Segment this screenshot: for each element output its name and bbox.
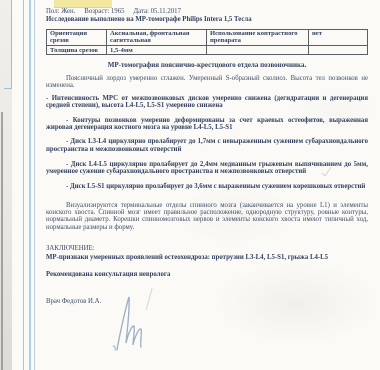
report-title: МР-томография пояснично-крестцового отде… xyxy=(46,62,368,69)
study-date: Дата: 05.11.2017 xyxy=(134,8,181,15)
patient-sex: Пол: Жен. xyxy=(46,8,75,15)
paragraph-vertebra-contours: - Контуры позвонков умеренно деформирова… xyxy=(46,117,368,132)
paragraph-disc-l5-s1: - Диск L5-S1 циркулярно пролабирует до 3… xyxy=(46,183,368,190)
scan-blue-streak-corner xyxy=(4,88,12,89)
param-name-cell: Использование контрастного препарата xyxy=(207,29,309,45)
paragraph-disc-l3-l4: - Диск L3-L4 циркулярно пролабирует до 1… xyxy=(46,138,368,153)
param-name-cell: Толщина срезов xyxy=(47,46,107,55)
scanned-mri-report-page: { "accents": { "highlight_yellow": "#f2e… xyxy=(0,0,380,370)
param-name-cell: Ориентация срезов xyxy=(47,29,107,45)
table-row: Толщина срезов 1,5-4мм xyxy=(47,46,368,55)
patient-meta-line: Пол: Жен.Возраст: 1965Дата: 05.11.2017 xyxy=(46,8,368,15)
recommendation-text: Рекомендована консультация невролога xyxy=(46,271,368,278)
paragraph-disc-l4-l5: - Диск L4-L5 циркулярно пролабирует до 2… xyxy=(46,161,368,176)
paragraph-lordosis: Поясничный лордоз умеренно сглажен. Умер… xyxy=(46,75,368,90)
scan-blue-streak xyxy=(11,0,12,89)
param-value-cell: 1,5-4мм xyxy=(107,46,207,55)
table-row: Ориентация срезов Аксиальная, фронтальна… xyxy=(47,29,368,45)
scan-blue-streak xyxy=(23,0,24,370)
scan-blue-streak xyxy=(29,0,31,370)
scan-left-edge-shadow xyxy=(1,112,3,370)
doctor-line: Врач Федотов И.А. xyxy=(46,298,368,305)
device-line: Исследование выполнено на МР-томографе P… xyxy=(46,16,368,23)
param-value-cell: нет xyxy=(309,29,368,45)
paragraph-spinal-cord: Визуализируются терминальные отделы спин… xyxy=(46,202,368,231)
redaction-highlight xyxy=(54,0,112,8)
param-name-cell xyxy=(207,46,309,55)
doctor-signature xyxy=(108,294,156,354)
paragraph-disc-signal: - Интенсивность МРС от межпозвонковых ди… xyxy=(46,95,368,110)
conclusion-label: ЗАКЛЮЧЕНИЕ: xyxy=(46,245,368,252)
scan-parameters-table: Ориентация срезов Аксиальная, фронтальна… xyxy=(46,29,368,56)
report-body: Пол: Жен.Возраст: 1965Дата: 05.11.2017 И… xyxy=(46,8,368,305)
param-value-cell xyxy=(309,46,368,55)
conclusion-text: МР-признаки умеренных проявлений остеохо… xyxy=(46,254,368,261)
param-value-cell: Аксиальная, фронтальная сагиттальная xyxy=(107,29,207,45)
scan-blue-streak xyxy=(34,0,35,370)
patient-age: Возраст: 1965 xyxy=(84,8,124,15)
